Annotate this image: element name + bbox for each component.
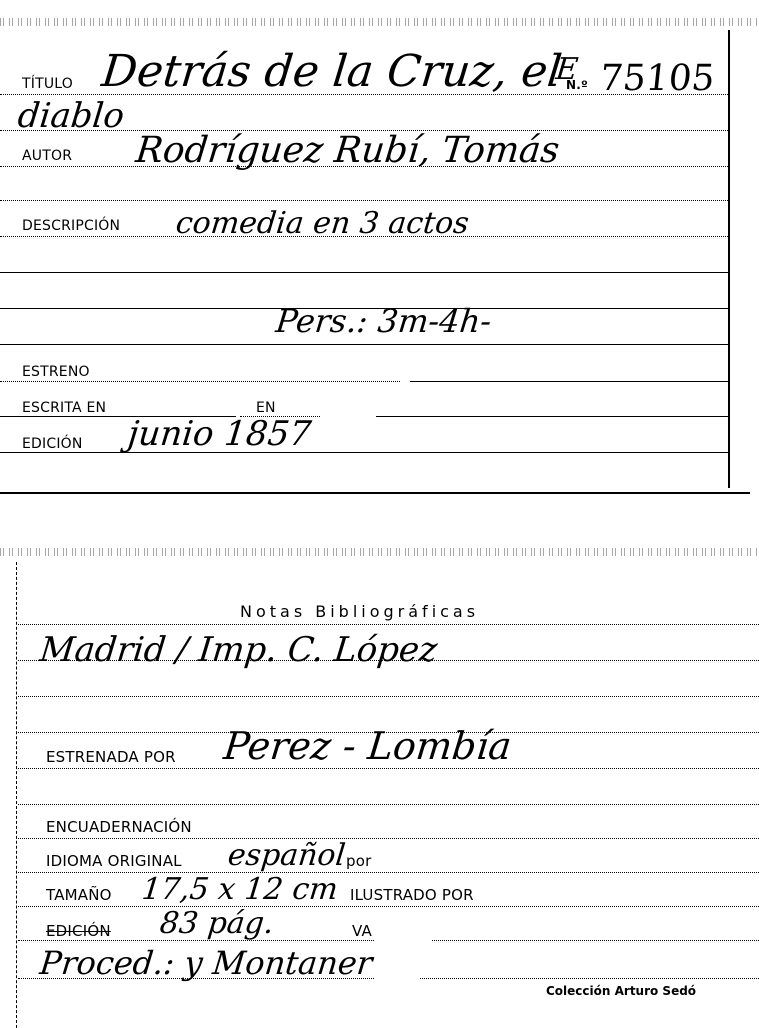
encuadernacion-label: Encuadernación: [46, 818, 192, 836]
rule-line: [376, 416, 728, 417]
tamano-value: 17,5 x 12 cm: [140, 872, 339, 907]
edicion-label-struck: Edición: [46, 922, 111, 940]
rule-line: [410, 381, 728, 382]
card-border-left: [16, 562, 18, 1028]
catalog-card-back: Notas Bibliográficas Madrid / Imp. C. Ló…: [0, 540, 759, 1028]
rule-line: [0, 272, 728, 273]
descripcion-value: comedia en 3 actos: [174, 206, 470, 241]
estrenada-por-label: Estrenada por: [46, 748, 176, 766]
personajes-value: Pers.: 3m-4h-: [274, 302, 493, 340]
por-label: por: [346, 852, 371, 870]
titulo-value: Detrás de la Cruz, el: [99, 46, 564, 97]
edicion-value: 83 pág.: [158, 906, 275, 941]
scan-noise-edge: [0, 548, 759, 556]
rule-line: [420, 978, 759, 979]
rule-line: [18, 804, 759, 805]
rule-line: [18, 838, 759, 839]
rule-line: [0, 381, 400, 382]
card-border-right: [728, 30, 730, 488]
notes-value: Madrid / Imp. C. López: [38, 630, 439, 670]
rule-line: [18, 660, 759, 661]
estrenada-por-value: Perez - Lombía: [222, 724, 514, 768]
autor-value: Rodríguez Rubí, Tomás: [134, 130, 562, 171]
idioma-original-value: español: [226, 838, 347, 873]
titulo-value-cont: diablo: [16, 96, 126, 136]
rule-line: [18, 624, 759, 625]
scan-noise-edge: [0, 18, 759, 26]
procedencia-value: Proced.: y Montaner: [38, 944, 374, 982]
notas-heading: Notas Bibliográficas: [240, 602, 479, 621]
va-label: VA: [352, 922, 372, 940]
rule-line: [0, 452, 728, 453]
rule-line: [18, 906, 759, 907]
rule-line: [0, 200, 728, 201]
idioma-original-label: Idioma original: [46, 852, 182, 870]
titulo-label: Título: [22, 76, 73, 92]
rule-line: [432, 940, 759, 941]
rule-line: [18, 768, 759, 769]
tamano-label: Tamaño: [46, 886, 112, 904]
edicion-label: Edición: [22, 436, 83, 452]
card-bottom-edge: [0, 492, 750, 494]
rule-line: [18, 940, 374, 941]
rule-line: [0, 344, 728, 345]
numero-value: 75105: [598, 58, 717, 99]
rule-line: [18, 978, 374, 979]
rule-line: [18, 872, 759, 873]
autor-label: Autor: [22, 148, 72, 164]
escrita-en-label: Escrita en: [22, 400, 106, 416]
rule-line: [18, 696, 759, 697]
edicion-value: junio 1857: [126, 414, 313, 454]
estreno-label: Estreno: [22, 364, 90, 380]
descripcion-label: Descripción: [22, 218, 120, 234]
ilustrado-por-label: Ilustrado por: [350, 886, 474, 904]
catalog-card-front: Título Detrás de la Cruz, el E N.º 75105…: [0, 0, 759, 500]
collection-footer: Colección Arturo Sedó: [546, 984, 696, 998]
numero-label: N.º: [566, 78, 588, 92]
